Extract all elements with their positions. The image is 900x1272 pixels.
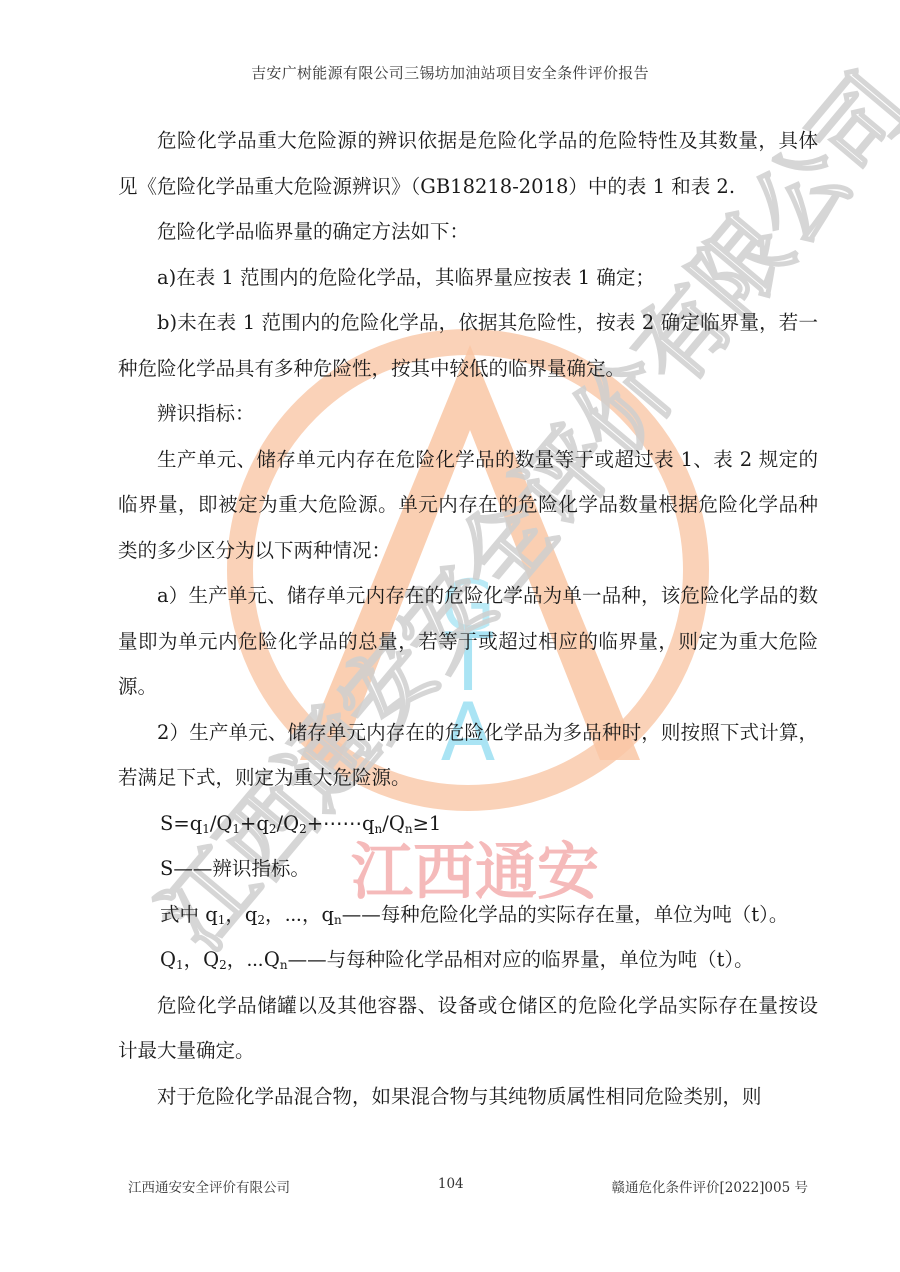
definition-q: 式中 q1，q2，⋯，qn——每种危险化学品的实际存在量，单位为吨（t）。 (118, 892, 818, 938)
paragraph: 危险化学品临界量的确定方法如下： (118, 209, 818, 255)
paragraph: a）生产单元、储存单元内存在的危险化学品为单一品种，该危险化学品的数量即为单元内… (118, 573, 818, 710)
paragraph: b)未在表 1 范围内的危险化学品，依据其危险性，按表 2 确定临界量，若一种危… (118, 300, 818, 391)
page-number: 104 (438, 1176, 464, 1196)
header-title: 吉安广树能源有限公司三锡坊加油站项目安全条件评价报告 (0, 62, 900, 83)
paragraph: 辨识指标： (118, 391, 818, 437)
paragraph: 危险化学品重大危险源的辨识依据是危险化学品的危险特性及其数量，具体见《危险化学品… (118, 118, 818, 209)
paragraph: 危险化学品储罐以及其他容器、设备或仓储区的危险化学品实际存在量按设计最大量确定。 (118, 983, 818, 1074)
paragraph: a)在表 1 范围内的危险化学品，其临界量应按表 1 确定； (118, 255, 818, 301)
footer-company: 江西通安安全评价有限公司 (128, 1176, 290, 1196)
document-number: 赣通危化条件评价[2022]005 号 (612, 1176, 808, 1196)
formula: S=q1/Q1+q2/Q2+⋯⋯qn/Qn≥1 (118, 801, 818, 847)
definition-Q: Q1，Q2，⋯Qn——与每种险化学品相对应的临界量，单位为吨（t）。 (118, 937, 818, 983)
paragraph: 生产单元、储存单元内存在危险化学品的数量等于或超过表 1、表 2 规定的临界量，… (118, 437, 818, 574)
page-footer: 江西通安安全评价有限公司 104 赣通危化条件评价[2022]005 号 (128, 1176, 808, 1196)
paragraph: 2）生产单元、储存单元内存在的危险化学品为多品种时，则按照下式计算，若满足下式，… (118, 710, 818, 801)
definition-s: S——辨识指标。 (118, 846, 818, 892)
document-body: 危险化学品重大危险源的辨识依据是危险化学品的危险特性及其数量，具体见《危险化学品… (118, 118, 818, 1119)
paragraph: 对于危险化学品混合物，如果混合物与其纯物质属性相同危险类别，则 (118, 1074, 818, 1120)
document-page: G T A 江西通安 江西通安安全评价有限公司 吉安广树能源有限公司三锡坊加油站… (0, 0, 900, 1272)
